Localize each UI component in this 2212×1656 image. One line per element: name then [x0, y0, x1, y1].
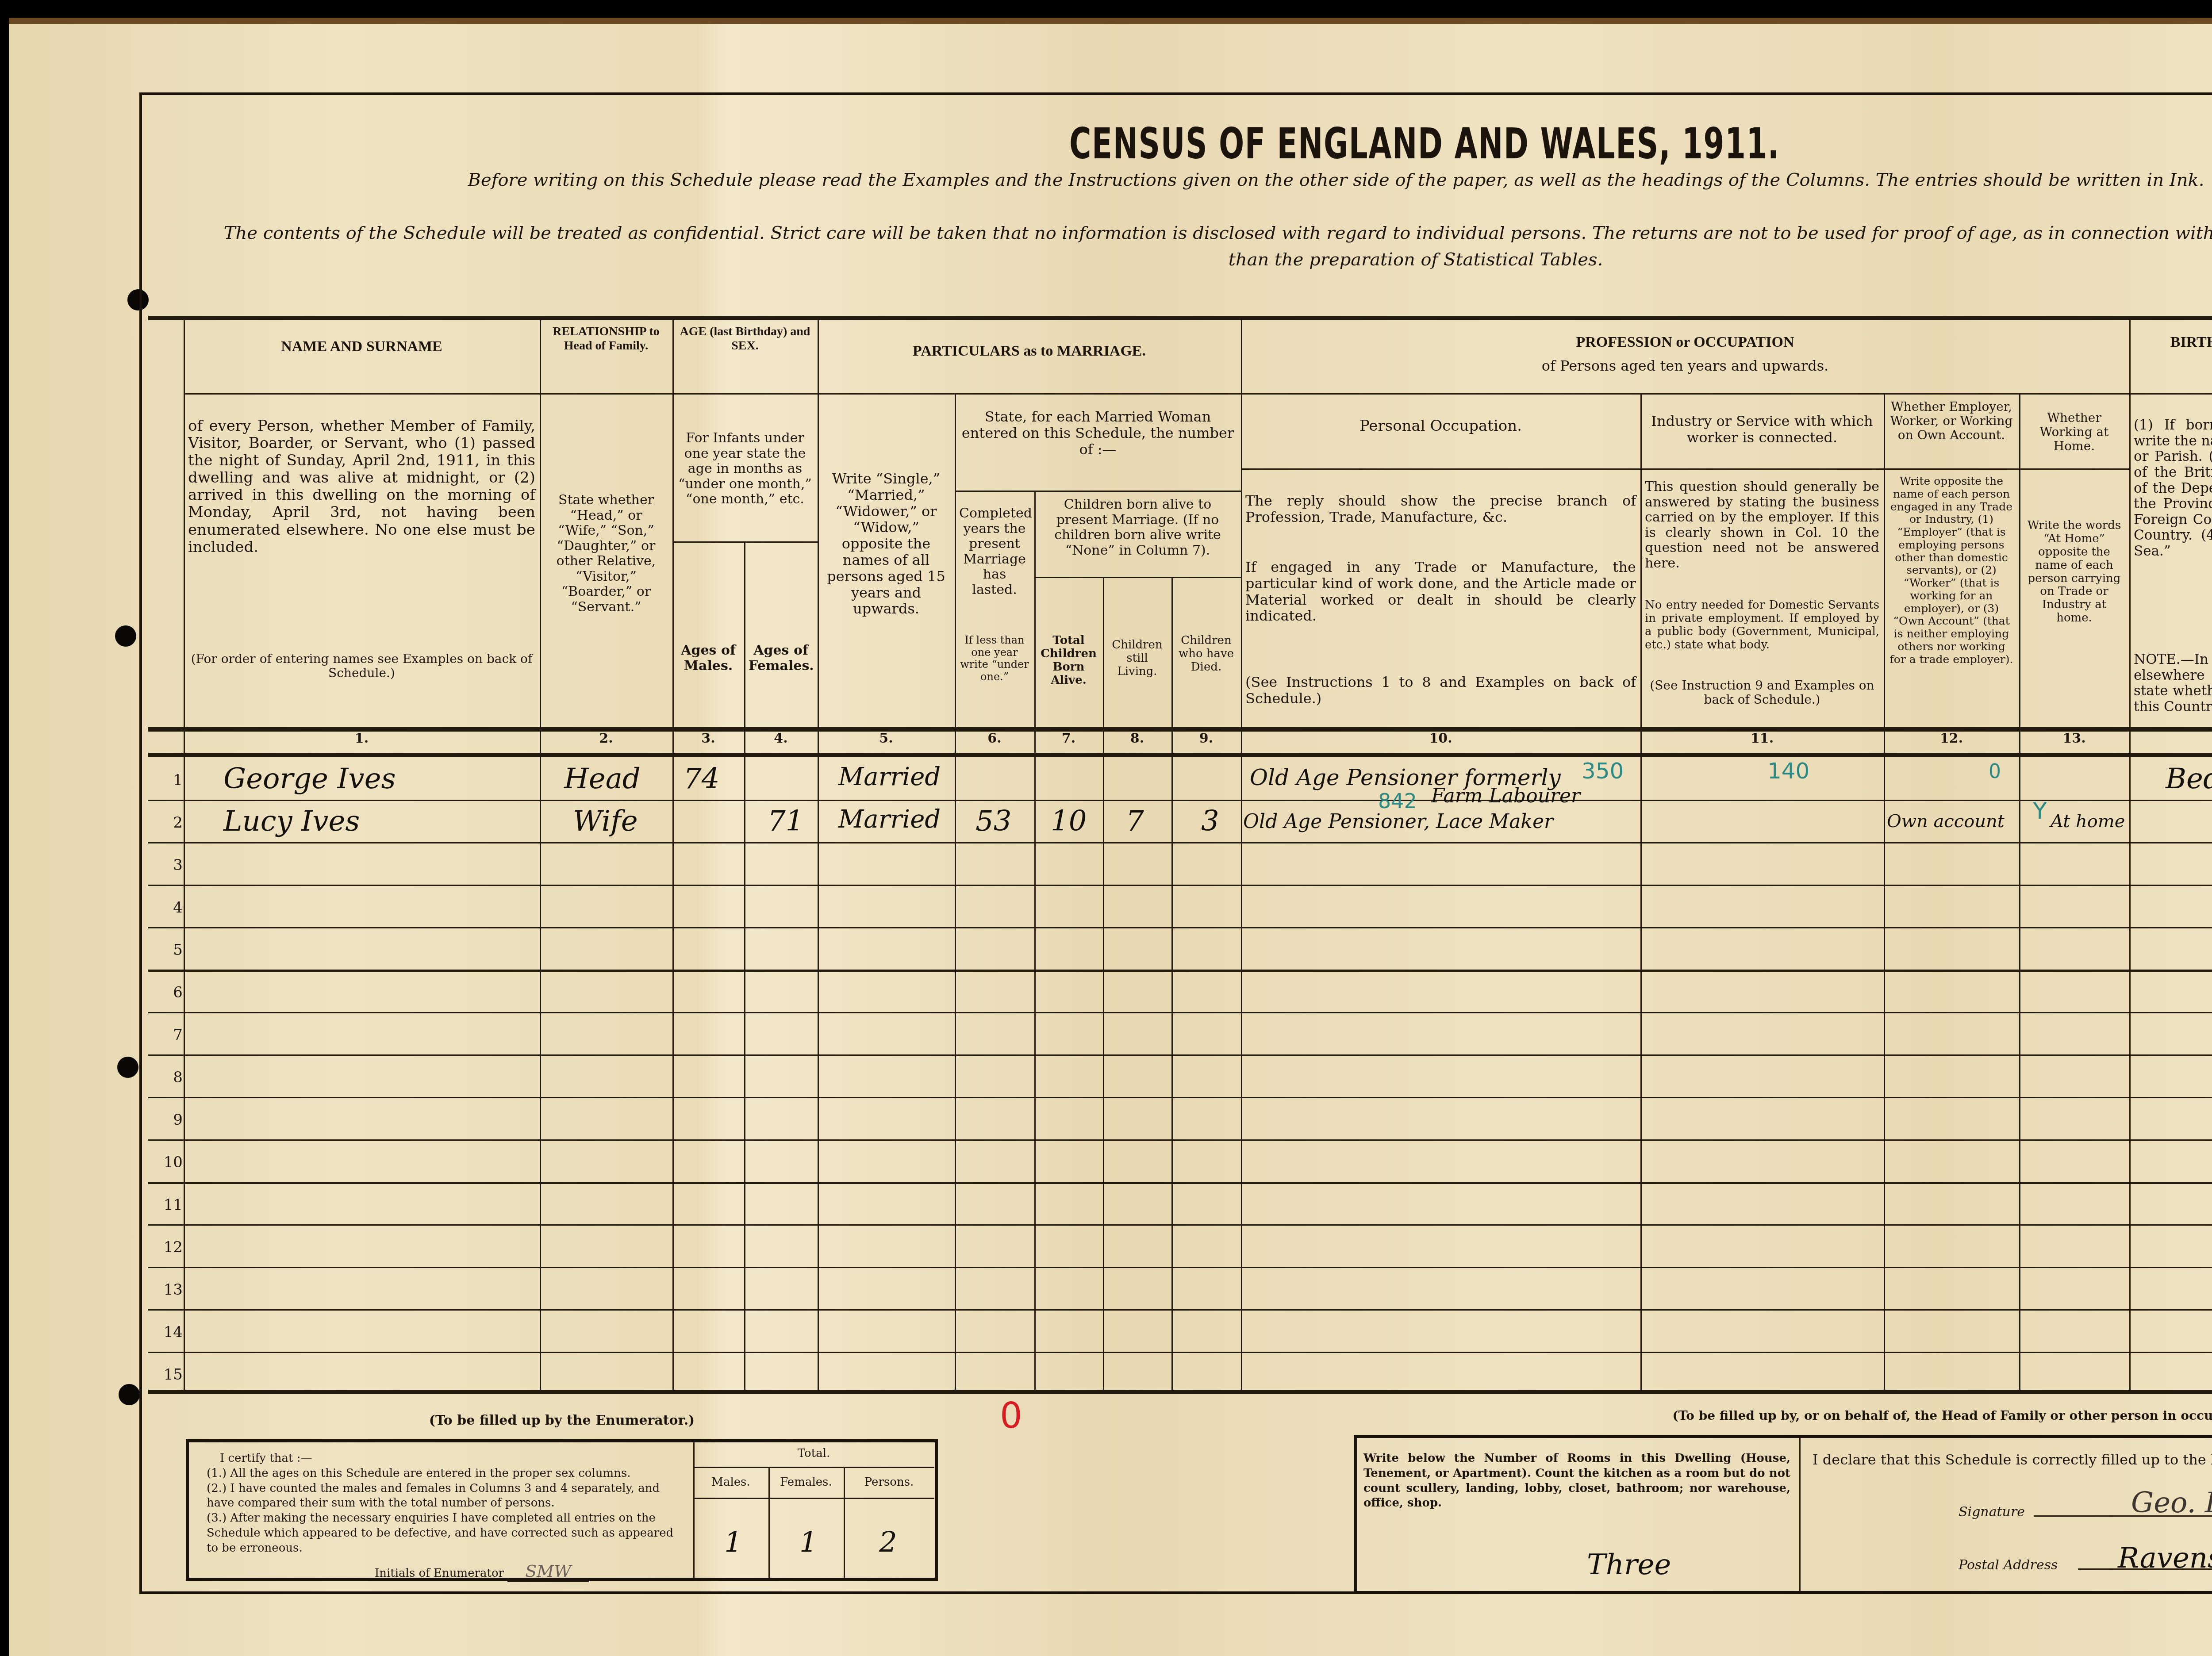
- header-age-body: For Infants under one year state the age…: [672, 431, 818, 507]
- declaration-text: I declare that this Schedule is correctl…: [1813, 1451, 2212, 1468]
- row-number: 7: [148, 1026, 183, 1044]
- header-occupation-sub: of Persons aged ten years and upwards.: [1241, 358, 2129, 374]
- column-number-10: 10.: [1241, 731, 1640, 748]
- rooms-count: Three: [1587, 1549, 1671, 1581]
- column-number-3: 3.: [672, 731, 744, 748]
- household-table: NAME AND SURNAME of every Person, whethe…: [148, 316, 2212, 1391]
- cell-age-male: 74: [684, 763, 719, 795]
- punch-hole: [119, 1384, 140, 1405]
- cell-relationship: Head: [564, 763, 641, 795]
- row-number: 10: [148, 1154, 183, 1171]
- postal-address-label: Postal Address: [1959, 1557, 2058, 1573]
- census-schedule-page: CENSUS OF ENGLAND AND WALES, 1911. Befor…: [9, 18, 2212, 1656]
- cell-name: Lucy Ives: [223, 805, 360, 838]
- header-employer-status: Whether Employer, Worker, or Working on …: [1884, 400, 2019, 443]
- header-name-note: (For order of entering names see Example…: [184, 652, 540, 680]
- confidential-line-2: than the preparation of Statistical Tabl…: [155, 249, 2212, 270]
- column-number-14: 14.: [2129, 731, 2212, 748]
- row-number: 5: [148, 941, 183, 959]
- column-number-9: 9.: [1171, 731, 1241, 748]
- confidential-line-1: The contents of the Schedule will be tre…: [155, 223, 2212, 243]
- header-children-born-alive: Children born alive to present Marriage.…: [1034, 497, 1241, 558]
- cell-died: 3: [1201, 805, 1219, 838]
- header-children-living: Children still Living.: [1103, 639, 1171, 678]
- cell-occupation-code: 842: [1378, 789, 1417, 813]
- cell-previous-occupation: Farm Labourer: [1431, 785, 1580, 807]
- column-number-12: 12.: [1884, 731, 2019, 748]
- header-employer-status-body: Write opposite the name of each person e…: [1884, 475, 2019, 666]
- enumerator-section-title: (To be filled up by the Enumerator.): [186, 1413, 938, 1428]
- persons-label: Persons.: [844, 1476, 934, 1489]
- cell-living: 7: [1126, 805, 1144, 838]
- punch-hole: [115, 625, 136, 647]
- cell-occupation: Old Age Pensioner, Lace Maker: [1243, 810, 1553, 833]
- header-industry: Industry or Service with which worker is…: [1640, 413, 1884, 446]
- total-label: Total.: [693, 1447, 934, 1460]
- cell-at-home-code: Y: [2033, 798, 2047, 824]
- header-personal-occupation: Personal Occupation.: [1241, 418, 1640, 435]
- header-personal-occupation-body2: If engaged in any Trade or Manufacture, …: [1241, 559, 1640, 624]
- cell-born-alive: 10: [1051, 805, 1087, 838]
- header-working-at-home-body: Write the words “At Home” opposite the n…: [2019, 519, 2129, 625]
- header-years-married: Completed years the present Marriage has…: [955, 506, 1034, 598]
- cell-marital: Married: [838, 805, 941, 834]
- header-total-children: Total Children Born Alive.: [1034, 634, 1103, 687]
- column-number-8: 8.: [1103, 731, 1171, 748]
- column-number-2: 2.: [540, 731, 672, 748]
- column-number-1: 1.: [184, 731, 540, 748]
- females-label: Females.: [768, 1476, 844, 1489]
- column-number-5: 5.: [818, 731, 955, 748]
- total-persons: 2: [879, 1526, 897, 1559]
- enumerator-initials: SMW: [507, 1561, 589, 1582]
- cell-employer-code: 0: [1989, 760, 2001, 783]
- certificate-text: I certify that :— (1.) All the ages on t…: [207, 1451, 684, 1582]
- header-relationship-body: State whether “Head,” or “Wife,” “Son,” …: [540, 493, 672, 615]
- cell-occupation-code: 350: [1582, 758, 1624, 784]
- row-number: 1: [148, 771, 183, 789]
- row-number: 14: [148, 1323, 183, 1341]
- row-number: 2: [148, 814, 183, 832]
- page-title: CENSUS OF ENGLAND AND WALES, 1911.: [976, 119, 1873, 169]
- cell-name: George Ives: [223, 763, 396, 795]
- header-birthplace-note: NOTE.—In the case of persons born elsewh…: [2129, 652, 2212, 715]
- header-ages-females: Ages of Females.: [744, 643, 818, 674]
- total-females: 1: [799, 1526, 818, 1559]
- row-number: 11: [148, 1196, 183, 1214]
- row-number: 13: [148, 1281, 183, 1299]
- cell-industry-code: 140: [1767, 758, 1809, 784]
- certify-point-3: (3.) After making the necessary enquirie…: [207, 1511, 684, 1556]
- row-number: 3: [148, 856, 183, 874]
- certify-point-1: (1.) All the ages on this Schedule are e…: [207, 1466, 684, 1481]
- row-number: 4: [148, 899, 183, 916]
- cell-age-female: 71: [768, 805, 803, 838]
- header-personal-occupation-body1: The reply should show the precise branch…: [1241, 493, 1640, 525]
- row-number: 6: [148, 984, 183, 1001]
- cell-marital: Married: [838, 763, 941, 791]
- header-birthplace: BIRTHPLACE of every person.: [2129, 333, 2212, 351]
- header-children-died: Children who have Died.: [1171, 634, 1241, 674]
- punch-hole: [117, 1057, 138, 1078]
- cell-relationship: Wife: [573, 805, 638, 838]
- header-industry-body2: No entry needed for Domestic Servants in…: [1640, 599, 1884, 652]
- signature: Geo. Ives: [2131, 1487, 2212, 1519]
- header-occupation: PROFESSION or OCCUPATION: [1241, 333, 2129, 351]
- column-number-7: 7.: [1034, 731, 1103, 748]
- header-personal-occupation-note: (See Instructions 1 to 8 and Examples on…: [1241, 674, 1640, 707]
- row-number: 8: [148, 1069, 183, 1086]
- header-industry-note: (See Instruction 9 and Examples on back …: [1640, 678, 1884, 707]
- column-number-6: 6.: [955, 731, 1034, 748]
- header-name-surname: NAME AND SURNAME: [184, 338, 540, 355]
- header-birthplace-body: (1) If born in the United Kingdom, write…: [2129, 418, 2212, 560]
- signature-label: Signature: [1959, 1504, 2025, 1520]
- header-ages-males: Ages of Males.: [672, 643, 744, 674]
- cell-at-home: At home: [2051, 811, 2125, 832]
- column-number-13: 13.: [2019, 731, 2129, 748]
- row-number: 15: [148, 1366, 183, 1384]
- header-name-body: of every Person, whether Member of Famil…: [184, 418, 540, 556]
- header-married-woman: State, for each Married Woman entered on…: [955, 409, 1241, 457]
- males-label: Males.: [693, 1476, 768, 1489]
- header-marriage: PARTICULARS as to MARRIAGE.: [818, 342, 1241, 360]
- red-check-mark: 0: [1000, 1395, 1022, 1436]
- header-marital-status: Write “Single,” “Married,” “Widower,” or…: [818, 471, 955, 617]
- column-number-4: 4.: [744, 731, 818, 748]
- header-age: AGE (last Birthday) and SEX.: [672, 325, 818, 353]
- head-section-title: (To be filled up by, or on behalf of, th…: [1442, 1408, 2212, 1423]
- cell-birthplace: Beds Ravensden: [2166, 763, 2212, 795]
- enumerator-certificate: I certify that :— (1.) All the ages on t…: [186, 1439, 938, 1581]
- row-number: 12: [148, 1238, 183, 1256]
- cell-years-married: 53: [975, 805, 1011, 838]
- header-industry-body1: This question should generally be answer…: [1640, 479, 1884, 571]
- initials-label: Initials of Enumerator: [375, 1567, 504, 1580]
- header-working-at-home: Whether Working at Home.: [2019, 411, 2129, 454]
- row-number: 9: [148, 1111, 183, 1129]
- certify-point-2: (2.) I have counted the males and female…: [207, 1481, 684, 1511]
- rooms-instructions: Write below the Number of Rooms in this …: [1363, 1451, 1790, 1511]
- header-relationship: RELATIONSHIP to Head of Family.: [540, 325, 672, 353]
- certify-heading: I certify that :—: [207, 1451, 684, 1466]
- head-of-family-declaration: Write below the Number of Rooms in this …: [1354, 1435, 2212, 1594]
- instructions-line: Before writing on this Schedule please r…: [274, 170, 2212, 190]
- cell-employer: Own account: [1887, 811, 2005, 832]
- header-years-married-note: If less than one year write “under one.”: [955, 634, 1034, 683]
- total-males: 1: [724, 1526, 742, 1559]
- column-number-11: 11.: [1640, 731, 1884, 748]
